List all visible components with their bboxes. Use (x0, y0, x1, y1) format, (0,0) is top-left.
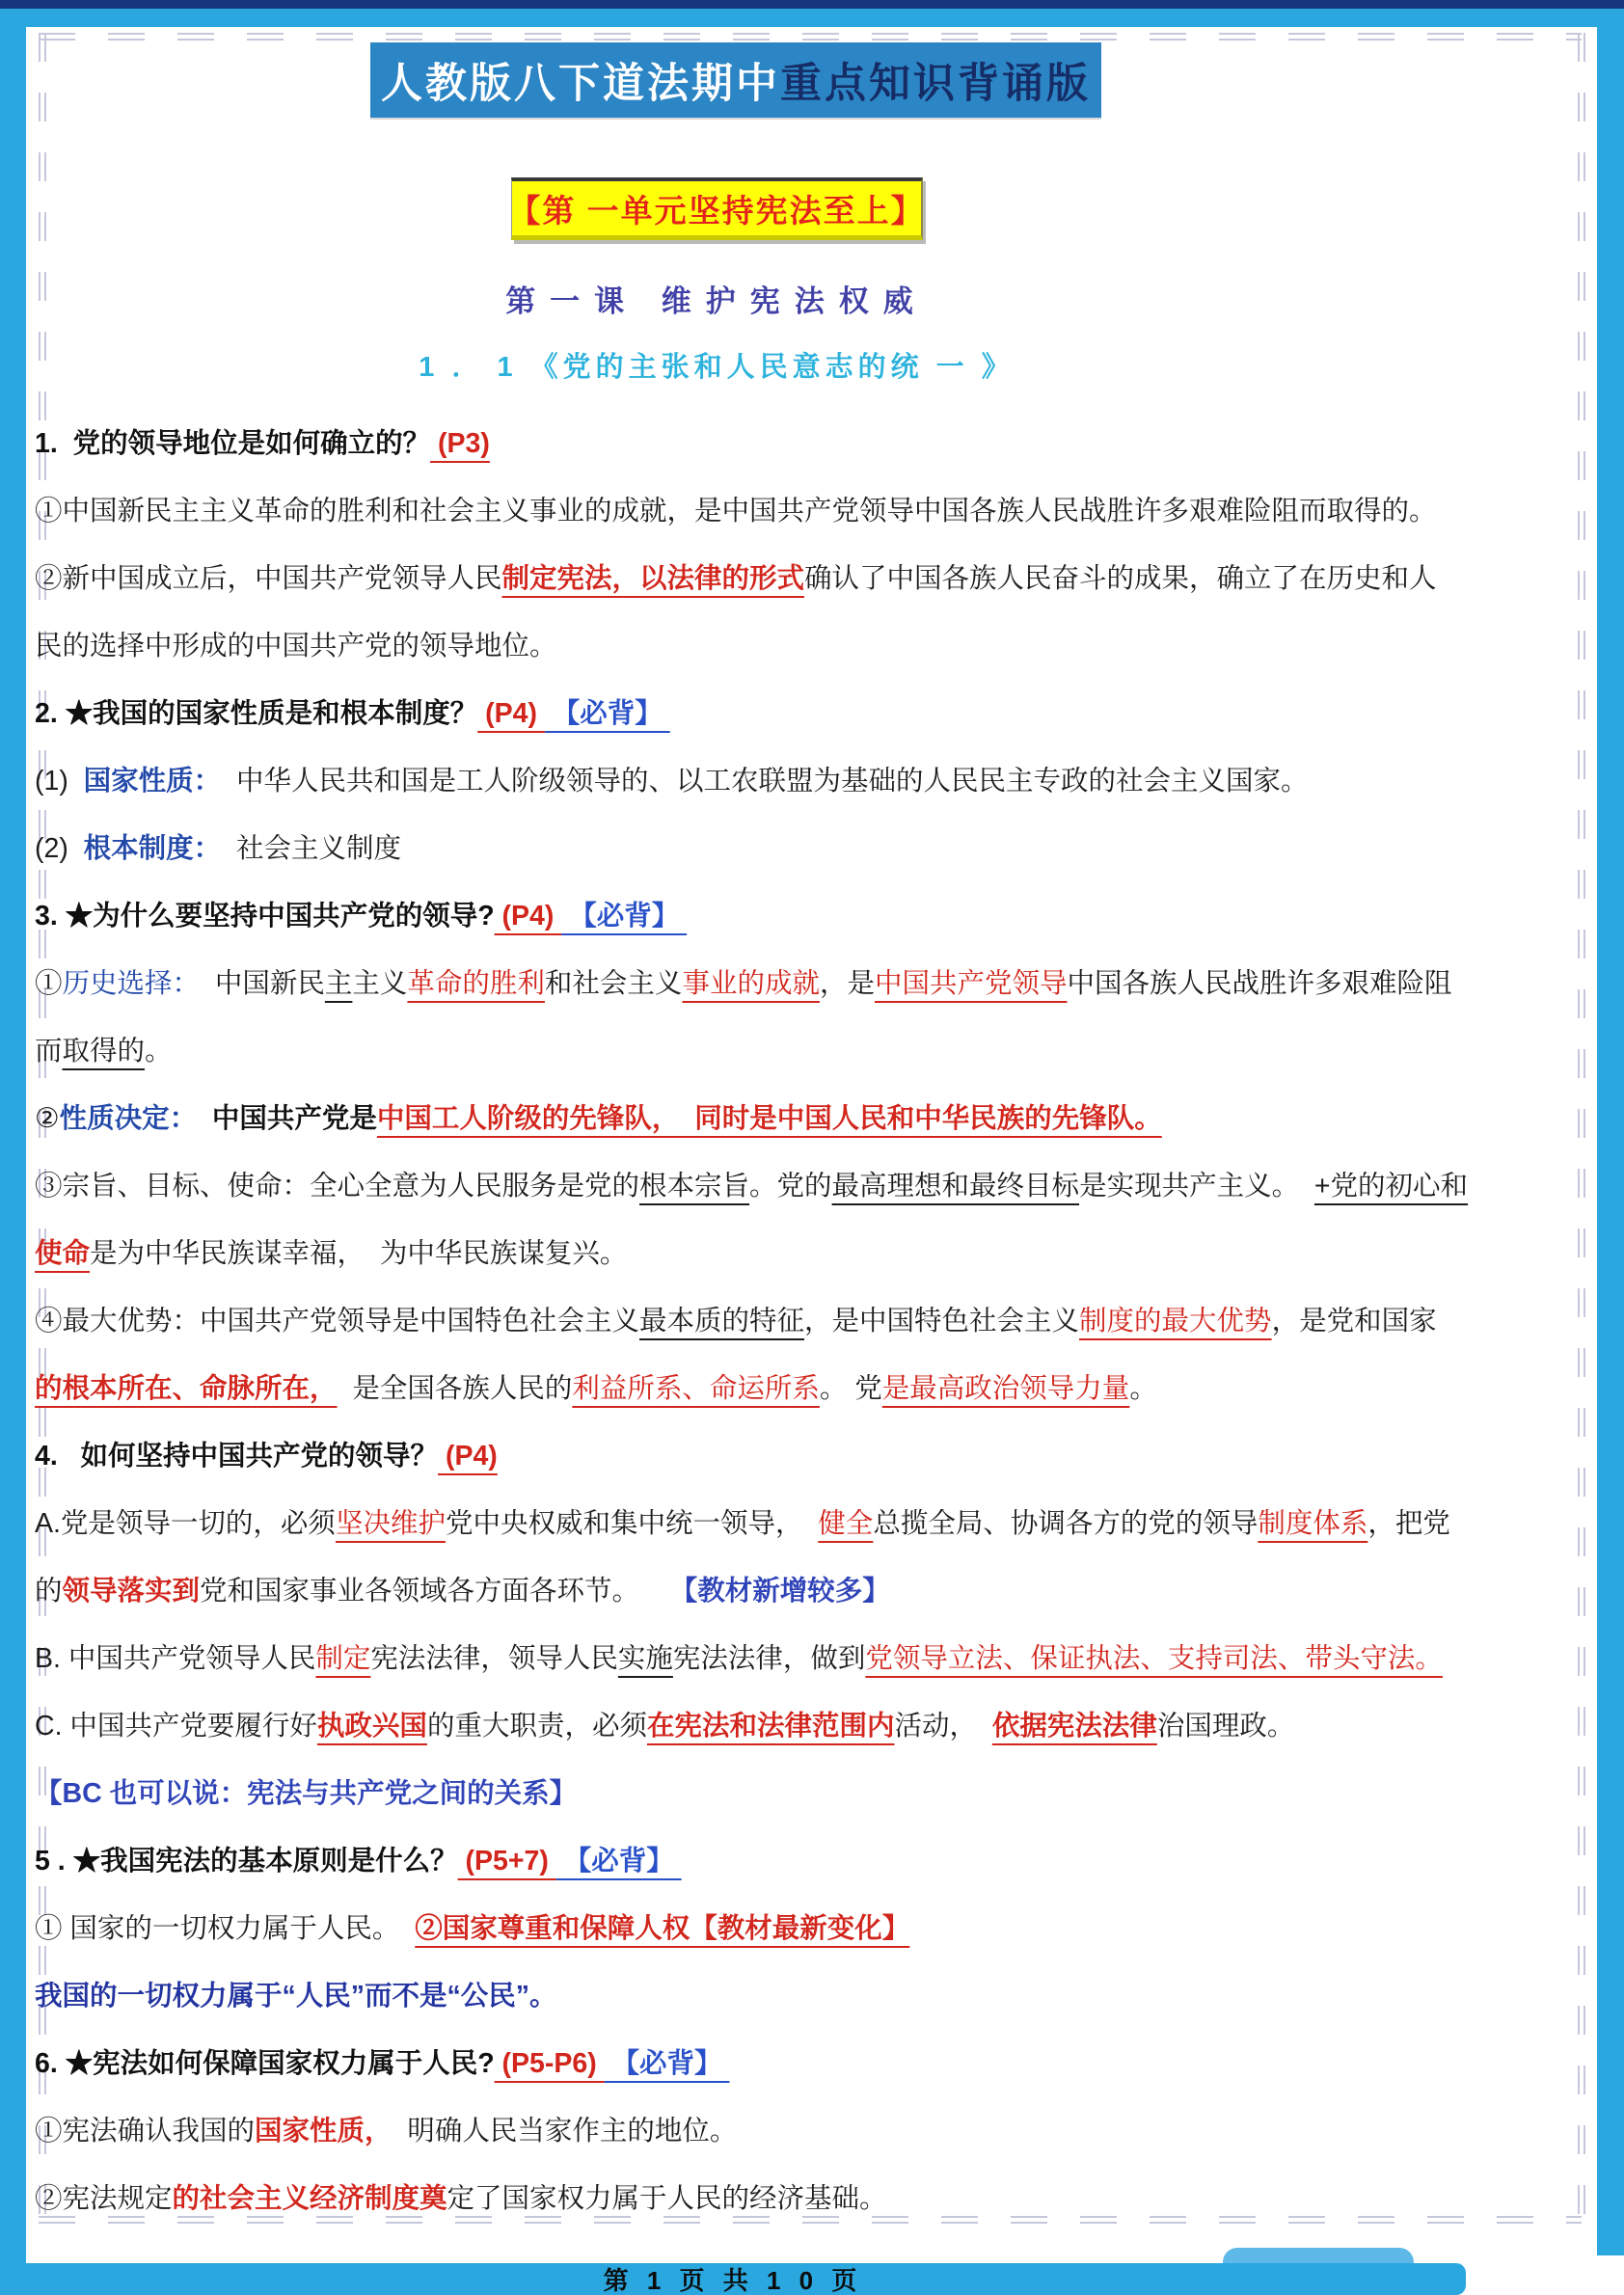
inner-dashed-border-top (39, 33, 1582, 40)
answer-line: ①历史选择： 中国新民主主义革命的胜利和社会主义事业的成就，是中国共产党领导中国… (35, 950, 1398, 1017)
document-page: 人教版八下道法期中重点知识背诵版 【第 一单元坚持宪法至上】 第一课 维护宪法权… (35, 42, 1398, 2232)
page-frame-top (0, 9, 1624, 27)
doc-title-dark: 重点知识背诵版 (780, 51, 1091, 110)
answer-line: ②性质决定： 中国共产党是中国工人阶级的先锋队， 同时是中国人民和中华民族的先锋… (35, 1085, 1398, 1152)
question-1: 1. 党的领导地位是如何确立的？ (P3) (35, 410, 1398, 477)
page-frame-right (1597, 9, 1624, 2255)
page-ref: (P5-P6) (495, 2048, 605, 2079)
page-ref: (P3) (430, 428, 490, 459)
section-subtitle: 1 ． 1 《党的主张和人民意志的统 一 》 (35, 345, 1398, 385)
unit-title: 【第 一单元坚持宪法至上】 (508, 186, 924, 231)
doc-title-white: 人教版八下道法期中 (381, 51, 780, 110)
inner-dashed-border-right (1578, 33, 1585, 2220)
textbook-note: 【教材新增较多】 (670, 1576, 890, 1606)
doc-title-banner: 人教版八下道法期中重点知识背诵版 (370, 42, 1101, 118)
must-memorize-tag: 【必背】 (545, 698, 670, 729)
question-5: 5 . ★我国宪法的基本原则是什么？ (P5+7) 【必背】 (35, 1827, 1398, 1895)
answer-line: 的根本所在、命脉所在， 是全国各族人民的利益所系、命运所系。 党是最高政治领导力… (35, 1355, 1398, 1422)
question-4: 4. 如何坚持中国共产党的领导？ (P4) (35, 1422, 1398, 1490)
answer-line: 民的选择中形成的中国共产党的领导地位。 (35, 612, 1398, 680)
answer-line: ① 国家的一切权力属于人民。 ②国家尊重和保障人权【教材最新变化】 (35, 1895, 1398, 1962)
note-line: 【BC 也可以说：宪法与共产党之间的关系】 (35, 1760, 1398, 1827)
answer-line: 而取得的。 (35, 1017, 1398, 1085)
page-number: 第 1 页 共 1 0 页 (604, 2261, 863, 2295)
page-ref: (P5+7) (458, 1846, 556, 1876)
answer-line: ③宗旨、目标、使命：全心全意为人民服务是党的根本宗旨。党的最高理想和最终目标是实… (35, 1152, 1398, 1220)
page-ref: (P4) (495, 901, 562, 931)
question-3: 3. ★为什么要坚持中国共产党的领导? (P4) 【必背】 (35, 882, 1398, 950)
answer-line: 我国的一切权力属于“人民”而不是“公民”。 (35, 1962, 1398, 2030)
body-text: 1. 党的领导地位是如何确立的？ (P3) ①中国新民主主义革命的胜利和社会主义… (35, 410, 1398, 2232)
must-memorize-tag: 【必背】 (556, 1846, 682, 1876)
page-ref: (P4) (477, 698, 545, 729)
lesson-title: 第一课 维护宪法权威 (35, 277, 1398, 320)
footer-page-bar: 第 1 页 共 1 0 页 (0, 2263, 1466, 2295)
answer-line: 使命是为中华民族谋幸福， 为中华民族谋复兴。 (35, 1220, 1398, 1287)
answer-line: ①中国新民主主义革命的胜利和社会主义事业的成就，是中国共产党领导中国各族人民战胜… (35, 477, 1398, 545)
page-frame-left (0, 9, 26, 2295)
answer-line: ①宪法确认我国的国家性质， 明确人民当家作主的地位。 (35, 2097, 1398, 2165)
answer-line: ②宪法规定的社会主义经济制度奠定了国家权力属于人民的经济基础。 (35, 2165, 1398, 2232)
answer-line: C. 中国共产党要履行好执政兴国的重大职责，必须在宪法和法律范围内活动， 依据宪… (35, 1692, 1398, 1760)
page-ref: (P4) (438, 1441, 498, 1471)
question-2: 2. ★我国的国家性质是和根本制度？ (P4) 【必背】 (35, 680, 1398, 747)
answer-line: (2) 根本制度： 社会主义制度 (35, 815, 1398, 882)
answer-line: ④最大优势：中国共产党领导是中国特色社会主义最本质的特征，是中国特色社会主义制度… (35, 1287, 1398, 1355)
answer-line: A.党是领导一切的，必须坚决维护党中央权威和集中统一领导， 健全总揽全局、协调各… (35, 1490, 1398, 1557)
question-6: 6. ★宪法如何保障国家权力属于人民? (P5-P6) 【必背】 (35, 2030, 1398, 2097)
answer-line: ②新中国成立后，中国共产党领导人民制定宪法，以法律的形式确认了中国各族人民奋斗的… (35, 545, 1398, 612)
unit-title-box: 【第 一单元坚持宪法至上】 (511, 177, 923, 240)
answer-line: 的领导落实到党和国家事业各领域各方面各环节。 【教材新增较多】 (35, 1557, 1398, 1625)
top-navy-strip (0, 0, 1624, 9)
must-memorize-tag: 【必背】 (605, 2048, 730, 2079)
answer-line: (1) 国家性质： 中华人民共和国是工人阶级领导的、以工农联盟为基础的人民民主专… (35, 747, 1398, 815)
answer-line: B. 中国共产党领导人民制定宪法法律，领导人民实施宪法法律，做到党领导立法、保证… (35, 1625, 1398, 1692)
must-memorize-tag: 【必背】 (561, 901, 687, 931)
